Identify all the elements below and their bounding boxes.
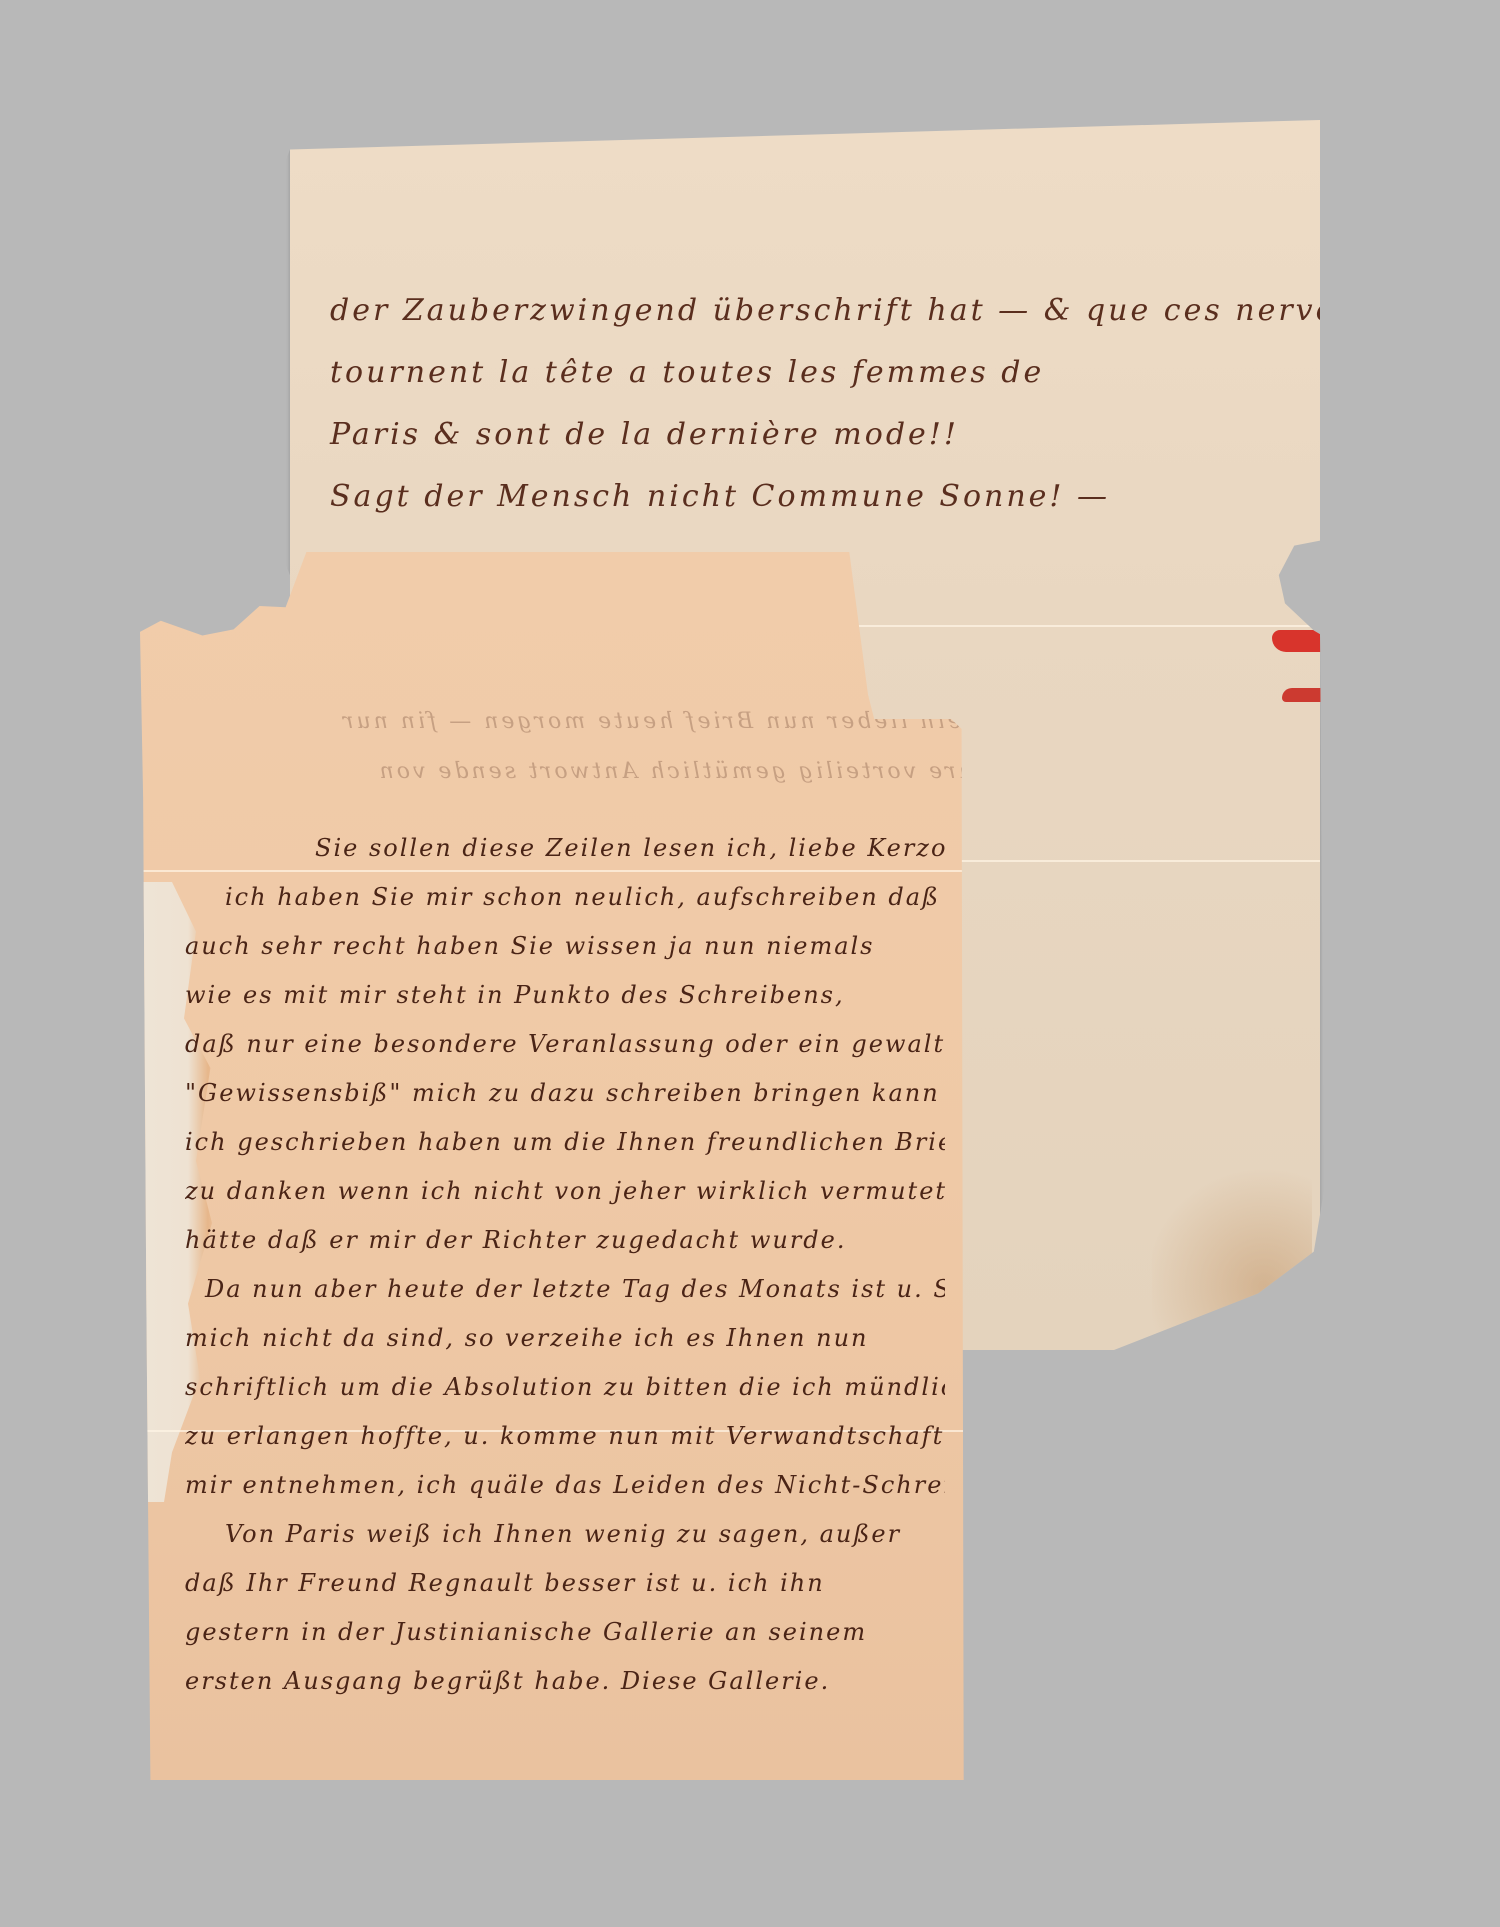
top-sheet-handwriting: der Zauberzwingend überschrift hat — & q… [330,280,1260,528]
handwritten-line: Da nun aber heute der letzte Tag des Mon… [185,1265,945,1314]
handwritten-line: auch sehr recht haben Sie wissen ja nun … [185,922,945,971]
handwritten-line: ersten Ausgang begrüßt habe. Diese Galle… [185,1657,945,1706]
handwritten-line: gestern in der Justinianische Gallerie a… [185,1608,945,1657]
water-stain [1152,1160,1312,1340]
handwritten-line: zu erlangen hoffte, u. komme nun mit Ver… [185,1412,945,1461]
handwritten-line: daß nur eine besondere Veranlassung oder… [185,1020,945,1069]
handwritten-line: Von Paris weiß ich Ihnen wenig zu sagen,… [185,1510,945,1559]
handwritten-line: Sie sollen diese Zeilen lesen ich, liebe… [185,824,945,873]
handwritten-line: der Zauberzwingend überschrift hat — & q… [330,280,1260,342]
handwritten-line: wie es mit mir steht in Punkto des Schre… [185,971,945,1020]
handwritten-line: daß Ihr Freund Regnault besser ist u. ic… [185,1559,945,1608]
handwritten-line: mir entnehmen, ich quäle das Leiden des … [185,1461,945,1510]
red-wax-seal-fragment [1282,688,1322,702]
front-sheet-handwriting: Sie sollen diese Zeilen lesen ich, liebe… [185,824,945,1706]
handwritten-line: schriftlich um die Absolution zu bitten … [185,1363,945,1412]
handwritten-line: Paris & sont de la dernière mode!! [330,404,1260,466]
red-wax-seal-fragment [1272,630,1322,652]
handwritten-line: ich haben Sie mir schon neulich, aufschr… [185,873,945,922]
handwritten-line: tournent la tête a toutes les femmes de [330,342,1260,404]
handwritten-line: hätte daß er mir der Richter zugedacht w… [185,1216,945,1265]
handwritten-line: "Gewissensbiß" mich zu dazu schreiben br… [185,1069,945,1118]
handwritten-line: zu danken wenn ich nicht von jeher wirkl… [185,1167,945,1216]
handwritten-line: mich nicht da sind, so verzeihe ich es I… [185,1314,945,1363]
handwritten-line: Sagt der Mensch nicht Commune Sonne! — [330,466,1260,528]
handwritten-line: ich geschrieben haben um die Ihnen freun… [185,1118,945,1167]
